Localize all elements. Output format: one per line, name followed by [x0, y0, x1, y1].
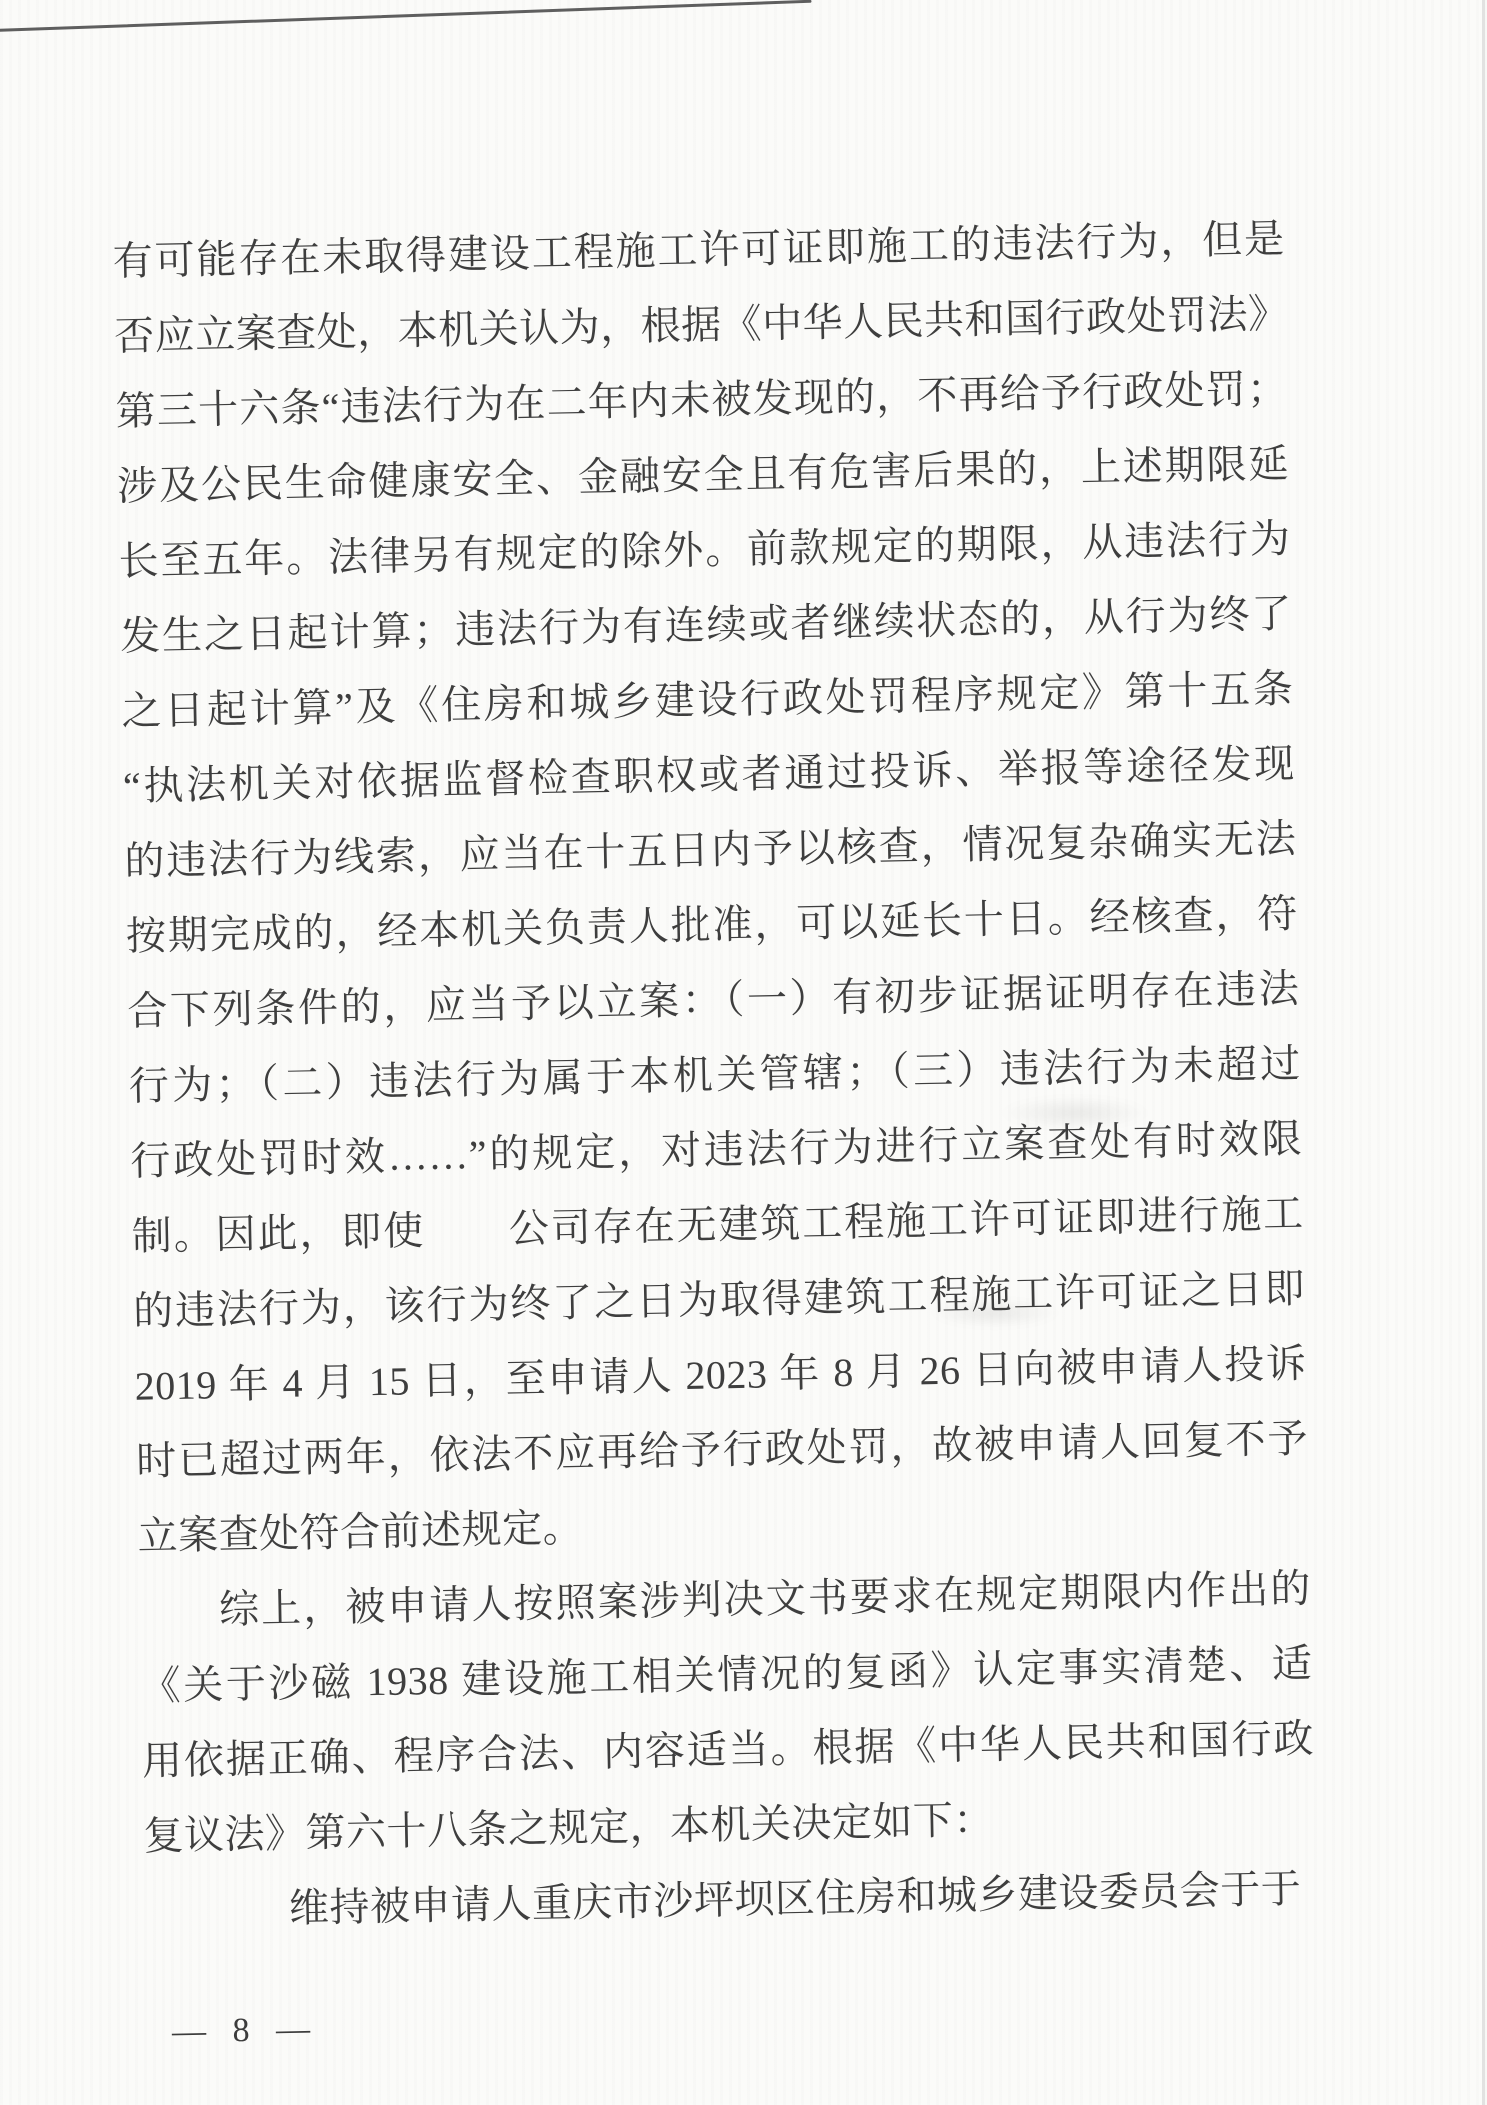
document-body: 有可能存在未取得建设工程施工许可证即施工的违法行为，但是 否应立案查处，本机关认… [112, 201, 1317, 1949]
page-number: — 8 — [172, 2010, 320, 2051]
scan-edge-artifact-right [1482, 0, 1485, 2105]
scan-edge-artifact-top [0, 0, 812, 32]
document-page: 有可能存在未取得建设工程施工许可证即施工的违法行为，但是 否应立案查处，本机关认… [0, 0, 1487, 2105]
